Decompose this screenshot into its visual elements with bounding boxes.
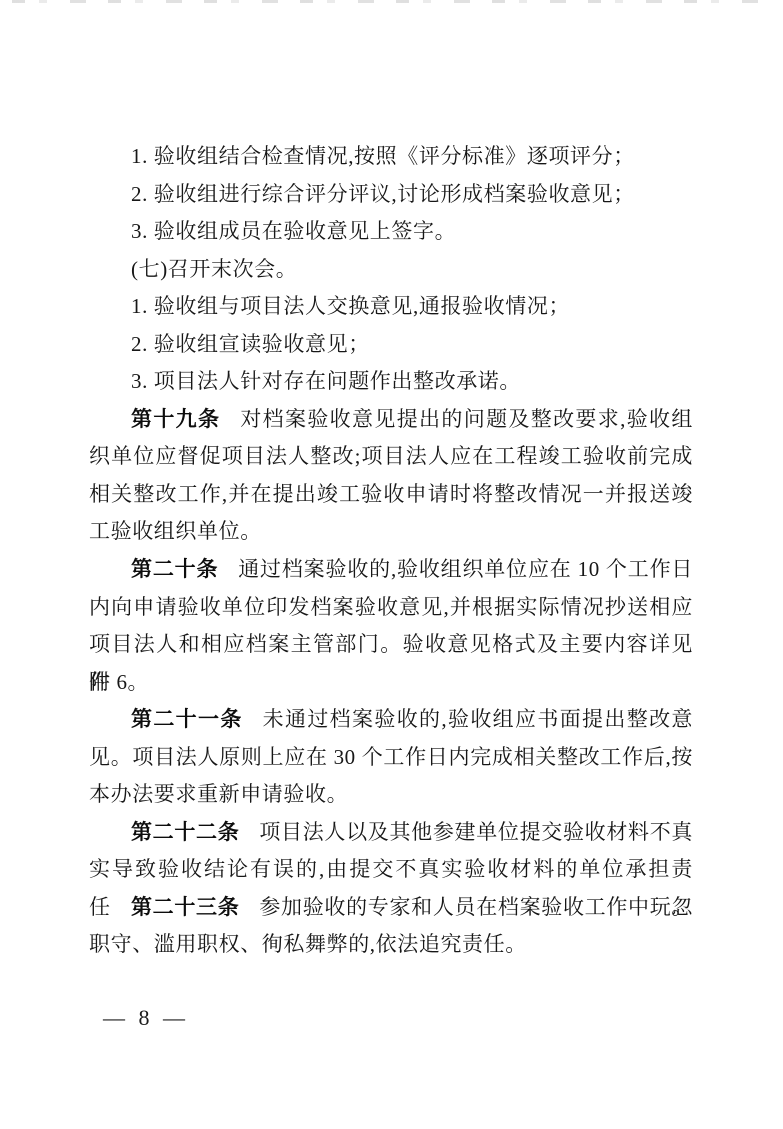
line-text: 本办法要求重新申请验收。 [89,782,348,806]
line-text: 内向申请验收单位印发档案验收意见,并根据实际情况抄送相应 [89,595,693,619]
article-line: 相关整改工作,并在提出竣工验收申请时将整改情况一并报送竣 [89,476,693,514]
document-body: 1. 验收组结合检查情况,按照《评分标准》逐项评分； 2. 验收组进行综合评分评… [89,138,693,964]
line-text: 对档案验收意见提出的问题及整改要求,验收组 [240,407,693,431]
line-text: (七)召开末次会。 [131,257,297,281]
line-text: 3. 项目法人针对存在问题作出整改承诺。 [131,369,521,393]
page-number: — 8 — [103,1005,186,1031]
article-line: 实导致验收结论有误的,由提交不真实验收材料的单位承担责任。 [89,851,693,889]
line-text: 职守、滥用职权、徇私舞弊的,依法追究责任。 [89,932,527,956]
line-text: 未通过档案验收的,验收组应书面提出整改意 [263,707,693,731]
line-text: 件 6。 [89,670,149,694]
article-line: 项目法人和相应档案主管部门。验收意见格式及主要内容详见附 [89,626,693,664]
list-item-line: 3. 项目法人针对存在问题作出整改承诺。 [89,363,693,401]
section-heading-line: (七)召开末次会。 [89,251,693,289]
article-number-bold: 第二十二条 [131,820,239,844]
article-number-bold: 第二十三条 [131,895,239,919]
article-line: 第二十条通过档案验收的,验收组织单位应在 10 个工作日 [89,551,693,589]
article-number-bold: 第十九条 [131,407,220,431]
list-item-line: 2. 验收组宣读验收意见； [89,326,693,364]
scan-artifact-top [12,0,773,3]
line-text: 项目法人以及其他参建单位提交验收材料不真 [259,820,693,844]
article-line: 第十九条对档案验收意见提出的问题及整改要求,验收组 [89,401,693,439]
line-text: 2. 验收组进行综合评分评议,讨论形成档案验收意见； [131,182,635,206]
list-item-line: 1. 验收组与项目法人交换意见,通报验收情况； [89,288,693,326]
line-text: 织单位应督促项目法人整改;项目法人应在工程竣工验收前完成 [89,444,693,468]
article-number-bold: 第二十一条 [131,707,243,731]
article-line: 见。项目法人原则上应在 30 个工作日内完成相关整改工作后,按 [89,739,693,777]
list-item-line: 1. 验收组结合检查情况,按照《评分标准》逐项评分； [89,138,693,176]
article-line: 职守、滥用职权、徇私舞弊的,依法追究责任。 [89,926,693,964]
article-line: 第二十二条项目法人以及其他参建单位提交验收材料不真 [89,814,693,852]
article-line: 第二十三条参加验收的专家和人员在档案验收工作中玩忽 [89,889,693,927]
article-line: 本办法要求重新申请验收。 [89,776,693,814]
article-number-bold: 第二十条 [131,557,218,581]
line-text: 1. 验收组与项目法人交换意见,通报验收情况； [131,294,570,318]
list-item-line: 2. 验收组进行综合评分评议,讨论形成档案验收意见； [89,176,693,214]
line-text: 1. 验收组结合检查情况,按照《评分标准》逐项评分； [131,144,635,168]
line-text: 3. 验收组成员在验收意见上签字。 [131,219,456,243]
article-line: 内向申请验收单位印发档案验收意见,并根据实际情况抄送相应 [89,589,693,627]
article-line: 件 6。 [89,664,693,702]
line-text: 工验收组织单位。 [89,519,262,543]
list-item-line: 3. 验收组成员在验收意见上签字。 [89,213,693,251]
article-line: 第二十一条未通过档案验收的,验收组应书面提出整改意 [89,701,693,739]
article-line: 工验收组织单位。 [89,513,693,551]
line-text: 见。项目法人原则上应在 30 个工作日内完成相关整改工作后,按 [89,745,693,769]
line-text: 通过档案验收的,验收组织单位应在 10 个工作日 [238,557,693,581]
line-text: 相关整改工作,并在提出竣工验收申请时将整改情况一并报送竣 [89,482,693,506]
line-text: 参加验收的专家和人员在档案验收工作中玩忽 [259,895,693,919]
document-page: 1. 验收组结合检查情况,按照《评分标准》逐项评分； 2. 验收组进行综合评分评… [0,0,783,1129]
line-text: 2. 验收组宣读验收意见； [131,332,370,356]
article-line: 织单位应督促项目法人整改;项目法人应在工程竣工验收前完成 [89,438,693,476]
